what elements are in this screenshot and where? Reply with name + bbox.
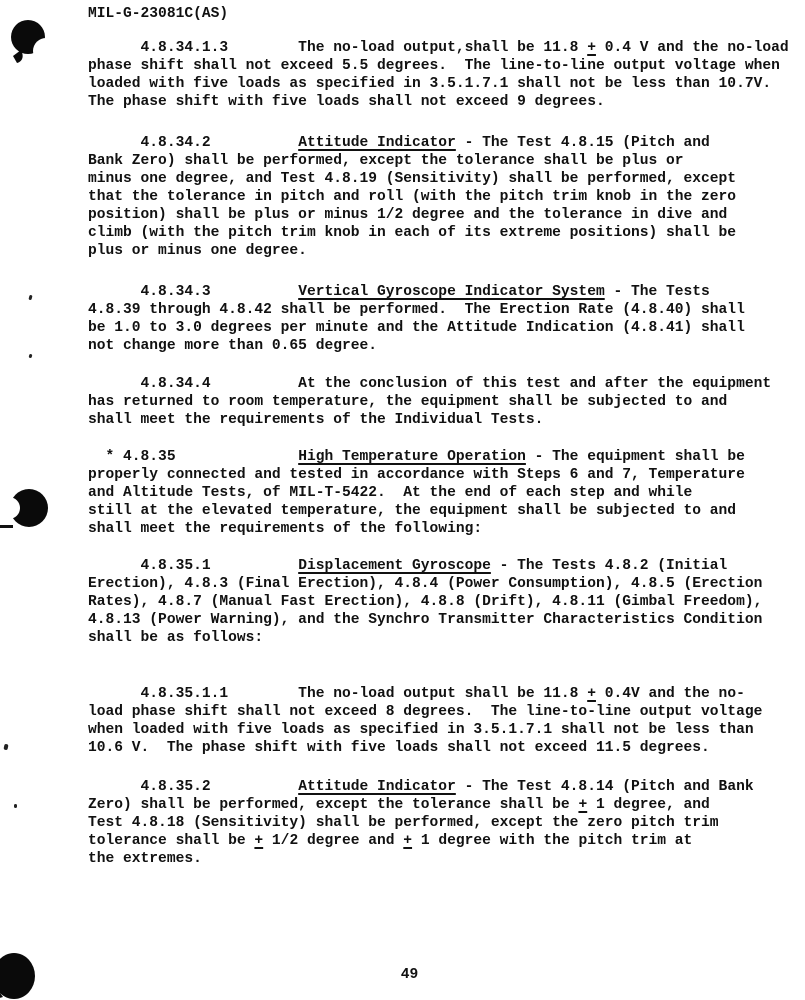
text-line: plus or minus one degree. [88,242,789,260]
line-text: 4.8.35.1.1 The no-load output shall be 1… [88,686,587,702]
text-line: 4.8.35.2 Attitude Indicator - The Test 4… [88,778,789,796]
line-text: 1/2 degree and [263,833,403,849]
line-text: 0.4V and the no- [596,686,745,702]
section-title: High Temperature Operation [298,449,526,465]
plus-minus-sign: + [403,833,412,849]
text-line: Test 4.8.18 (Sensitivity) shall be perfo… [88,814,789,832]
text-line: be 1.0 to 3.0 degrees per minute and the… [88,319,789,337]
text-line: and Altitude Tests, of MIL-T-5422. At th… [88,484,789,502]
text-line: tolerance shall be + 1/2 degree and + 1 … [88,832,789,850]
text-line: Zero) shall be performed, except the tol… [88,796,789,814]
text-line: properly connected and tested in accorda… [88,466,789,484]
text-line: Rates), 4.8.7 (Manual Fast Erection), 4.… [88,593,789,611]
scan-speck [29,354,33,359]
line-text: 4.8.35.2 [88,779,298,795]
line-text: Zero) shall be performed, except the tol… [88,797,578,813]
line-text: 4.8.34.3 [88,284,298,300]
text-line: 4.8.34.4 At the conclusion of this test … [88,375,789,393]
text-line: * 4.8.35 High Temperature Operation - Th… [88,448,789,466]
section-title: Vertical Gyroscope Indicator System [298,284,605,300]
text-line: 4.8.34.2 Attitude Indicator - The Test 4… [88,134,789,152]
ink-blob-middle [8,485,48,533]
edge-mark [0,525,13,528]
section-title: Displacement Gyroscope [298,558,491,574]
text-line: Bank Zero) shall be performed, except th… [88,152,789,170]
plus-minus-sign: + [587,686,596,702]
paragraph-4-8-34-3: 4.8.34.3 Vertical Gyroscope Indicator Sy… [88,283,789,355]
paragraph-4-8-35-1: 4.8.35.1 Displacement Gyroscope - The Te… [88,557,789,647]
paragraph-4-8-34-4: 4.8.34.4 At the conclusion of this test … [88,375,789,429]
line-text: 4.8.34.2 [88,135,298,151]
ink-blob-top [11,16,49,63]
paragraph-4-8-34-2: 4.8.34.2 Attitude Indicator - The Test 4… [88,134,789,260]
text-line: the extremes. [88,850,789,868]
line-text: 1 degree, and [587,797,710,813]
text-line: still at the elevated temperature, the e… [88,502,789,520]
paragraph-4-8-35-2: 4.8.35.2 Attitude Indicator - The Test 4… [88,778,789,868]
scan-speck [28,295,32,301]
text-line: loaded with five loads as specified in 3… [88,75,789,93]
line-text: - The Test 4.8.15 (Pitch and [456,135,710,151]
text-line: shall meet the requirements of the Indiv… [88,411,789,429]
text-line: 4.8.39 through 4.8.42 shall be performed… [88,301,789,319]
text-line: has returned to room temperature, the eq… [88,393,789,411]
text-line: that the tolerance in pitch and roll (wi… [88,188,789,206]
text-line: 4.8.34.3 Vertical Gyroscope Indicator Sy… [88,283,789,301]
text-line: Erection), 4.8.3 (Final Erection), 4.8.4… [88,575,789,593]
text-line: shall be as follows: [88,629,789,647]
text-line: 4.8.35.1.1 The no-load output shall be 1… [88,685,789,703]
line-text: - The equipment shall be [526,449,745,465]
line-text: - The Tests 4.8.2 (Initial [491,558,727,574]
page-number: 49 [0,966,805,984]
text-line: 4.8.13 (Power Warning), and the Synchro … [88,611,789,629]
line-text: - The Tests [605,284,710,300]
text-line: position) shall be plus or minus 1/2 deg… [88,206,789,224]
line-text: 4.8.35.1 [88,558,298,574]
scan-speck [14,804,17,808]
text-line: load phase shift shall not exceed 8 degr… [88,703,789,721]
text-line: The phase shift with five loads shall no… [88,93,789,111]
line-text: 0.4 V and the no-load [596,40,789,56]
plus-minus-sign: + [578,797,587,813]
scan-speck [3,744,8,751]
plus-minus-sign: + [587,40,596,56]
line-text: 1 degree with the pitch trim at [412,833,692,849]
paragraph-4-8-35: * 4.8.35 High Temperature Operation - Th… [88,448,789,538]
section-title: Attitude Indicator [298,779,456,795]
text-line: 4.8.35.1 Displacement Gyroscope - The Te… [88,557,789,575]
document-body: MIL-G-23081C(AS) 4.8.34.1.3 The no-load … [88,5,789,868]
paragraph-4-8-34-1-3: 4.8.34.1.3 The no-load output,shall be 1… [88,39,789,111]
text-line: minus one degree, and Test 4.8.19 (Sensi… [88,170,789,188]
text-line: not change more than 0.65 degree. [88,337,789,355]
line-text: * 4.8.35 [88,449,298,465]
section-title: Attitude Indicator [298,135,456,151]
text-line: climb (with the pitch trim knob in each … [88,224,789,242]
line-text: 4.8.34.1.3 The no-load output,shall be 1… [88,40,587,56]
document-number: MIL-G-23081C(AS) [88,5,789,23]
text-line: 10.6 V. The phase shift with five loads … [88,739,789,757]
document-page: MIL-G-23081C(AS) 4.8.34.1.3 The no-load … [0,0,805,1000]
paragraph-4-8-35-1-1: 4.8.35.1.1 The no-load output shall be 1… [88,685,789,757]
line-text: tolerance shall be [88,833,254,849]
line-text: - The Test 4.8.14 (Pitch and Bank [456,779,754,795]
text-line: when loaded with five loads as specified… [88,721,789,739]
text-line: shall meet the requirements of the follo… [88,520,789,538]
plus-minus-sign: + [254,833,263,849]
text-line: 4.8.34.1.3 The no-load output,shall be 1… [88,39,789,57]
text-line: phase shift shall not exceed 5.5 degrees… [88,57,789,75]
